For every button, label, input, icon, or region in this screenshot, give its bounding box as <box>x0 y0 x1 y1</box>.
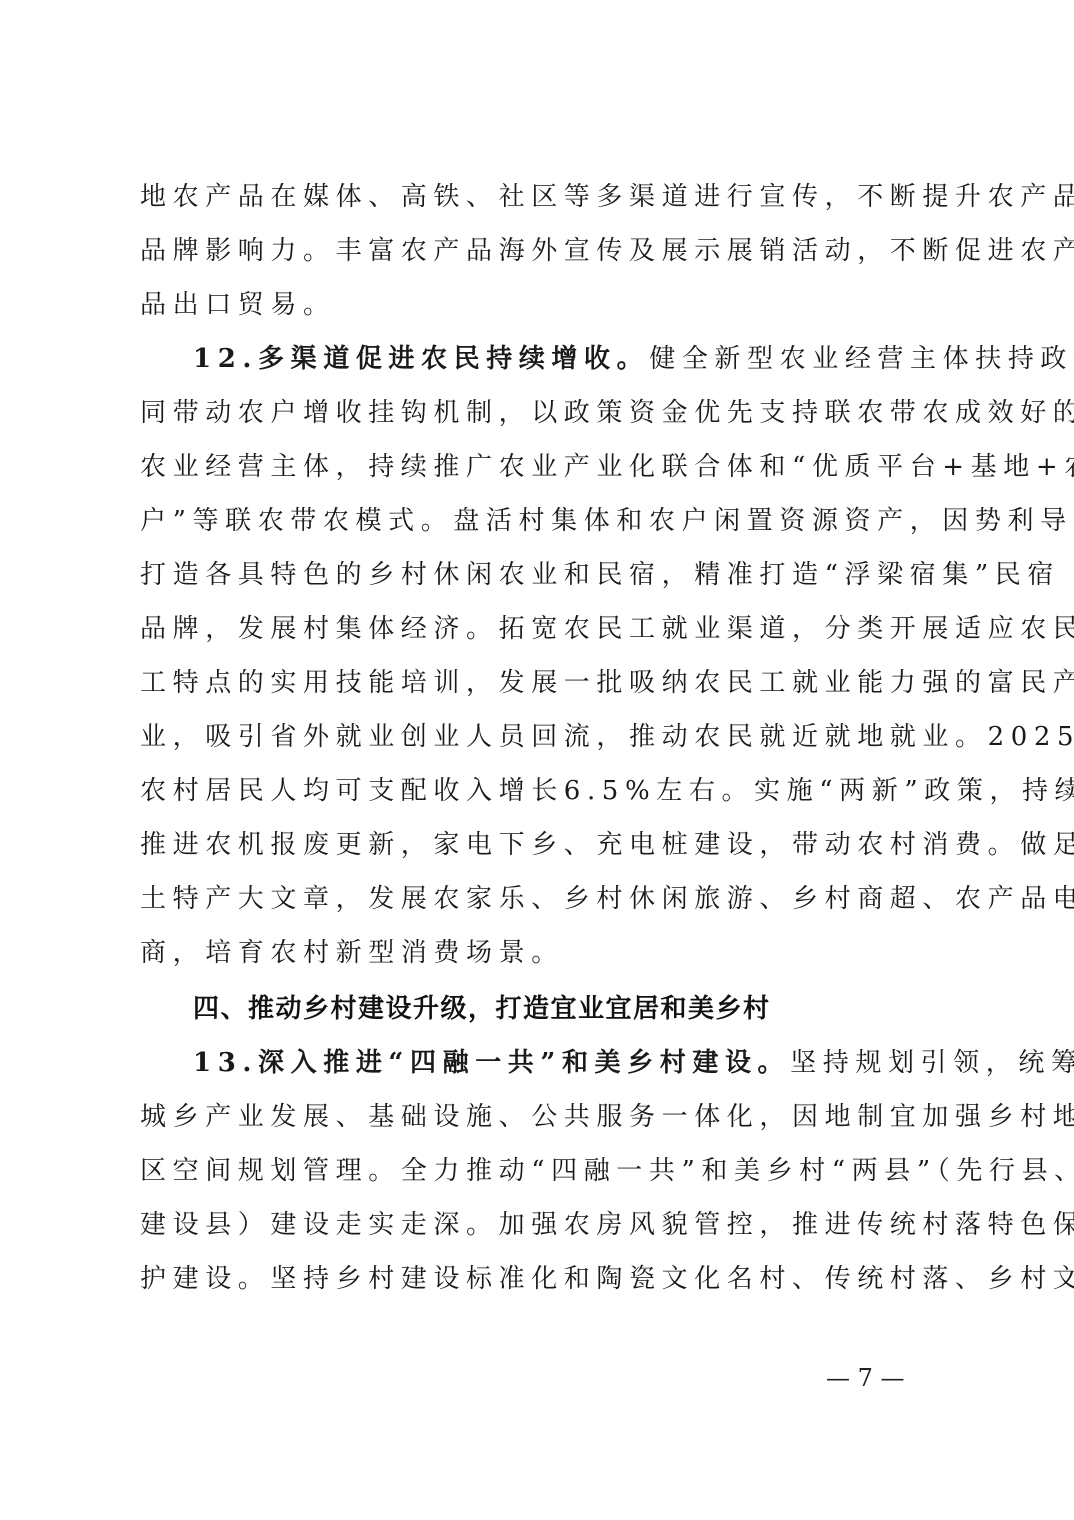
paragraph-11-line-1: 地农产品在媒体、高铁、社区等多渠道进行宣传，不断提升农产品 <box>140 177 940 217</box>
paragraph-13-first-line: 13.深入推进“四融一共”和美乡村建设。坚持规划引领，统筹 <box>193 1043 993 1083</box>
paragraph-12-line: 打造各具特色的乡村休闲农业和民宿，精准打造“浮梁宿集”民宿 <box>140 555 940 595</box>
paragraph-12-line: 户”等联农带农模式。盘活村集体和农户闲置资源资产，因势利导 <box>140 501 940 541</box>
paragraph-13-line: 建设县）建设走实走深。加强农房风貌管控，推进传统村落特色保 <box>140 1205 940 1245</box>
paragraph-12-first-line-rest: 健全新型农业经营主体扶持政策 <box>649 344 1074 374</box>
paragraph-11-line-3: 品出口贸易。 <box>140 285 940 325</box>
paragraph-12-line: 推进农机报废更新，家电下乡、充电桩建设，带动农村消费。做足 <box>140 825 940 865</box>
paragraph-12-line: 同带动农户增收挂钩机制，以政策资金优先支持联农带农成效好的 <box>140 393 940 433</box>
paragraph-12-line: 商，培育农村新型消费场景。 <box>140 933 940 973</box>
paragraph-12-line: 农村居民人均可支配收入增长6.5%左右。实施“两新”政策，持续 <box>140 771 940 811</box>
paragraph-12-line: 品牌，发展村集体经济。拓宽农民工就业渠道，分类开展适应农民 <box>140 609 940 649</box>
section-4-heading: 四、推动乡村建设升级，打造宜业宜居和美乡村 <box>193 989 993 1029</box>
paragraph-13-first-line-rest: 坚持规划引领，统筹 <box>790 1048 1074 1078</box>
paragraph-12-lead: 12.多渠道促进农民持续增收。 <box>193 344 649 374</box>
paragraph-13-lead: 13.深入推进“四融一共”和美乡村建设。 <box>193 1048 790 1078</box>
paragraph-13-line: 城乡产业发展、基础设施、公共服务一体化，因地制宜加强乡村地 <box>140 1097 940 1137</box>
paragraph-12-line: 土特产大文章，发展农家乐、乡村休闲旅游、乡村商超、农产品电 <box>140 879 940 919</box>
paragraph-12-line: 业，吸引省外就业创业人员回流，推动农民就近就地就业。2025年 <box>140 717 940 757</box>
paragraph-12-first-line: 12.多渠道促进农民持续增收。健全新型农业经营主体扶持政策 <box>193 339 993 379</box>
page-number: — 7 — <box>826 1360 905 1396</box>
paragraph-11-line-2: 品牌影响力。丰富农产品海外宣传及展示展销活动，不断促进农产 <box>140 231 940 271</box>
paragraph-13-line: 区空间规划管理。全力推动“四融一共”和美乡村“两县”（先行县、 <box>140 1151 940 1191</box>
document-page: 地农产品在媒体、高铁、社区等多渠道进行宣传，不断提升农产品 品牌影响力。丰富农产… <box>0 0 1074 1520</box>
paragraph-12-line: 农业经营主体，持续推广农业产业化联合体和“优质平台+基地+农 <box>140 447 940 487</box>
paragraph-12-line: 工特点的实用技能培训，发展一批吸纳农民工就业能力强的富民产 <box>140 663 940 703</box>
paragraph-13-line: 护建设。坚持乡村建设标准化和陶瓷文化名村、传统村落、乡村文 <box>140 1259 940 1299</box>
